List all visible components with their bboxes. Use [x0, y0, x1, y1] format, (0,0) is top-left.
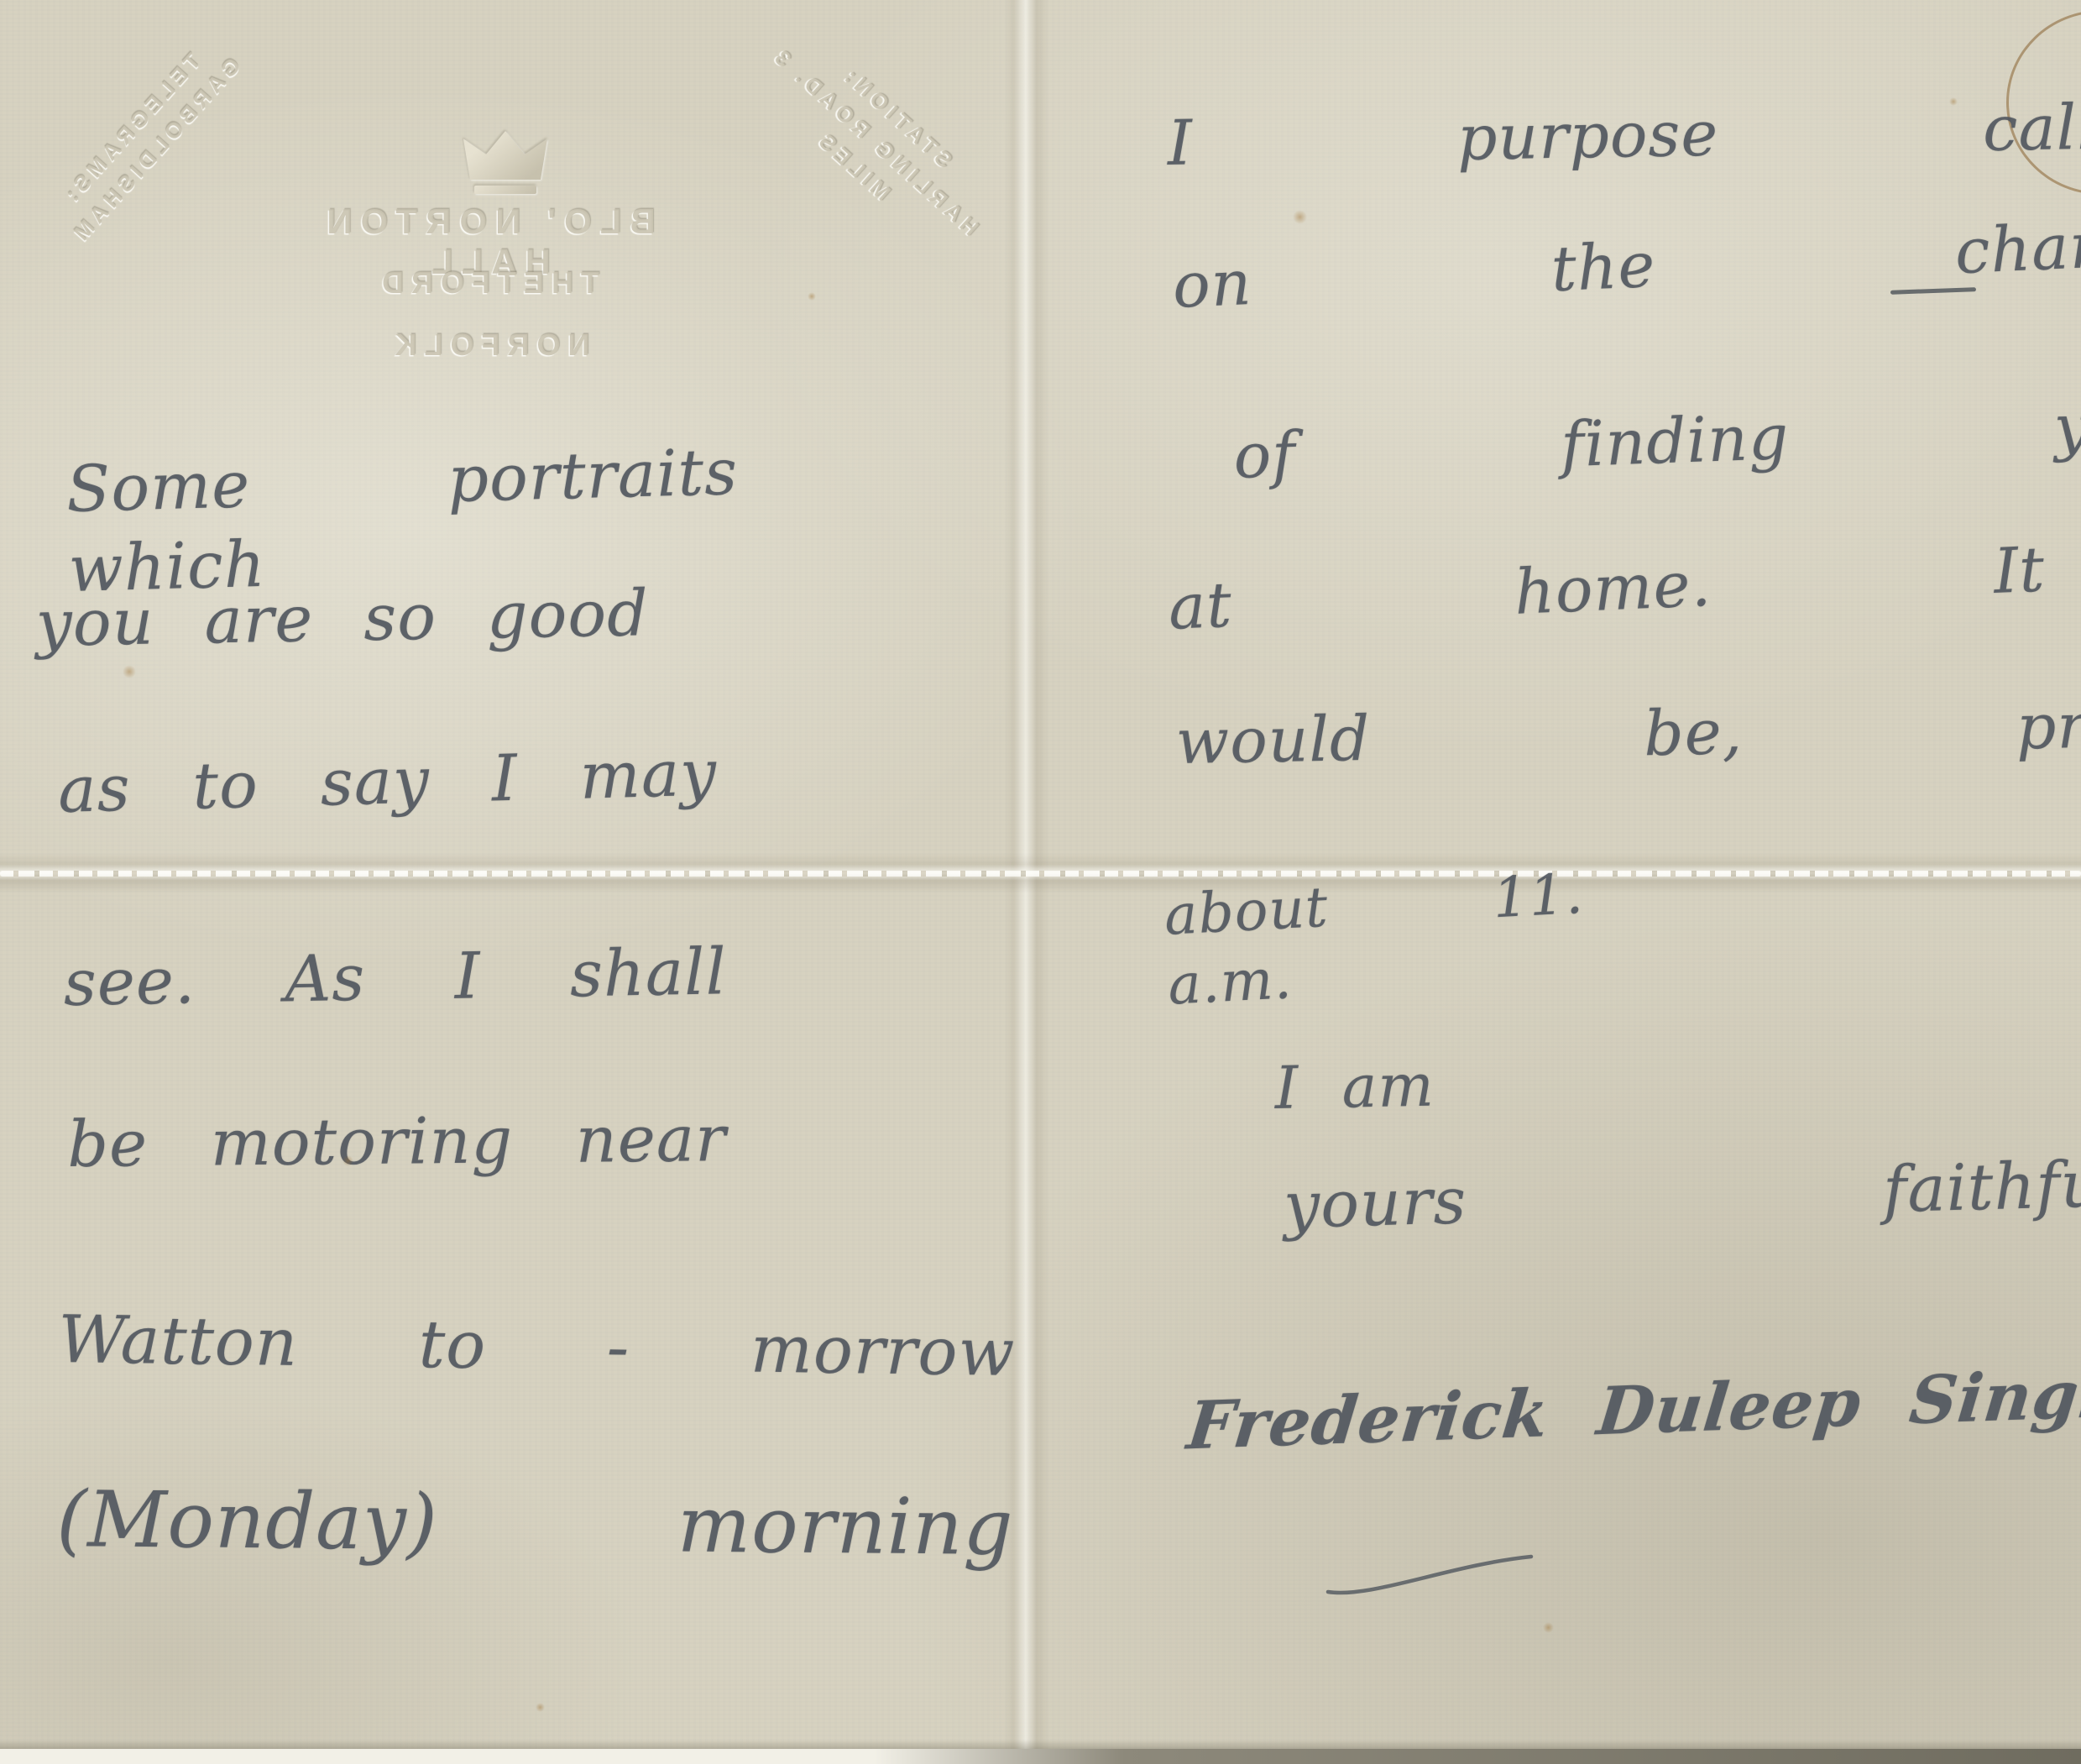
right-page-line-1: I purpose calling — [1167, 87, 2081, 183]
fold-tear-texture — [0, 871, 2081, 877]
left-page-line-3: as to say I may — [57, 732, 718, 830]
right-page-line-4: at home. It — [1167, 531, 2047, 646]
left-page-line-5: be motoring near — [67, 1098, 727, 1184]
letter-sheet: TELEGRAMS: GARBOLDISHAM BLO' NORTON HALL… — [0, 0, 2081, 1749]
right-page-line-5: would be, prob — [1175, 686, 2081, 781]
foxing-spot — [123, 665, 136, 678]
letterhead-telegrams-value: GARBOLDISHAM — [51, 37, 261, 264]
signature: Frederick Duleep Singh — [1184, 1353, 2081, 1468]
right-page-line-6: about 11. a.m. — [1163, 860, 1589, 1020]
right-page-line-3: of finding you — [1232, 385, 2081, 495]
left-page-line-4: see. As I shall — [63, 931, 728, 1023]
letterhead-telegrams-label: TELEGRAMS: — [27, 15, 237, 243]
left-page-line-6: Watton to - morrow — [58, 1300, 1016, 1395]
scan-background-strip — [0, 1749, 2081, 1764]
foxing-spot — [1543, 1622, 1554, 1633]
foxing-spot — [1949, 97, 1958, 106]
right-page-line-7: I am — [1274, 1050, 1435, 1126]
letterhead-telegrams: TELEGRAMS: GARBOLDISHAM — [27, 15, 261, 264]
foxing-spot — [1293, 210, 1307, 224]
letterhead-station-value: HARLING ROAD. 3 MILES — [717, 17, 1010, 291]
letterhead-station: STATION: HARLING ROAD. 3 MILES — [717, 0, 1033, 291]
signature-flourish — [1323, 1543, 1538, 1604]
embossed-crown-icon — [463, 131, 547, 200]
foxing-spot — [342, 1155, 353, 1166]
right-page-line-2: on the chance — [1171, 203, 2081, 325]
right-page-line-8: yours faithfully — [1283, 1142, 2081, 1245]
foxing-spot — [536, 1703, 545, 1712]
horizontal-fold-crease — [0, 853, 2081, 893]
letterhead-address-line-2: THETFORD — [327, 265, 646, 301]
foxing-spot — [808, 292, 816, 301]
left-page-line-7: (Monday) morning — [56, 1471, 1014, 1576]
left-page-line-2: you are so good — [35, 573, 650, 663]
letterhead-address-line-3: NORFOLK — [329, 327, 648, 363]
